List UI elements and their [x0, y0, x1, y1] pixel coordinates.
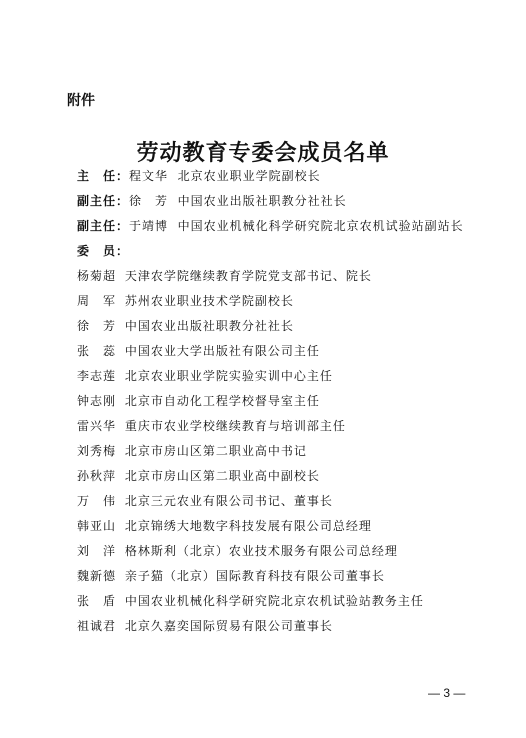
member-row: 万 伟 北京三元农业有限公司书记、董事长 — [77, 491, 333, 511]
member-row: 徐 芳 中国农业出版社职教分社社长 — [77, 316, 294, 336]
role-label: 副主任： — [77, 219, 129, 233]
member-name: 李志莲 — [77, 366, 120, 386]
member-name: 张 蕊 — [77, 341, 120, 361]
member-row: 刘 洋 格林斯利（北京）农业技术服务有限公司总经理 — [77, 541, 398, 561]
member-name: 刘 洋 — [77, 541, 120, 561]
leader-row: 主 任：程文华 北京农业职业学院副校长 — [77, 166, 321, 186]
member-position: 北京久嘉奕国际贸易有限公司董事长 — [125, 619, 333, 633]
member-name: 孙秋萍 — [77, 466, 120, 486]
member-row: 韩亚山 北京锦绣大地数字科技发展有限公司总经理 — [77, 516, 372, 536]
member-position: 格林斯利（北京）农业技术服务有限公司总经理 — [125, 544, 398, 558]
leader-name: 程文华 — [129, 169, 168, 183]
member-position: 中国农业大学出版社有限公司主任 — [125, 344, 320, 358]
members-heading: 委 员： — [77, 241, 129, 261]
leader-name: 于靖博 — [129, 219, 168, 233]
leader-position: 中国农业出版社职教分社社长 — [178, 194, 347, 208]
role-label: 副主任： — [77, 194, 129, 208]
member-row: 魏新德 亲子猫（北京）国际教育科技有限公司董事长 — [77, 566, 385, 586]
member-name: 张 盾 — [77, 591, 120, 611]
attachment-label: 附件 — [67, 90, 95, 110]
leader-row: 副主任：于靖博 中国农业机械化科学研究院北京农机试验站副站长 — [77, 216, 464, 236]
document-title: 劳动教育专委会成员名单 — [0, 136, 526, 167]
leader-position: 北京农业职业学院副校长 — [178, 169, 321, 183]
member-position: 北京市房山区第二职业高中书记 — [125, 444, 307, 458]
member-name: 杨菊超 — [77, 266, 120, 286]
member-row: 周 军 苏州农业职业技术学院副校长 — [77, 291, 294, 311]
member-position: 苏州农业职业技术学院副校长 — [125, 294, 294, 308]
member-name: 刘秀梅 — [77, 441, 120, 461]
member-position: 中国农业机械化科学研究院北京农机试验站教务主任 — [125, 594, 424, 608]
member-row: 孙秋萍 北京市房山区第二职业高中副校长 — [77, 466, 320, 486]
member-row: 刘秀梅 北京市房山区第二职业高中书记 — [77, 441, 307, 461]
member-position: 北京市房山区第二职业高中副校长 — [125, 469, 320, 483]
role-label: 主 任： — [77, 169, 129, 183]
member-position: 亲子猫（北京）国际教育科技有限公司董事长 — [125, 569, 385, 583]
leader-row: 副主任：徐 芳 中国农业出版社职教分社社长 — [77, 191, 347, 211]
members-label: 委 员： — [77, 244, 129, 258]
member-row: 李志莲 北京农业职业学院实验实训中心主任 — [77, 366, 333, 386]
member-position: 北京农业职业学院实验实训中心主任 — [125, 369, 333, 383]
member-row: 雷兴华 重庆市农业学校继续教育与培训部主任 — [77, 416, 346, 436]
member-name: 万 伟 — [77, 491, 120, 511]
member-name: 徐 芳 — [77, 316, 120, 336]
member-name: 雷兴华 — [77, 416, 120, 436]
member-position: 北京锦绣大地数字科技发展有限公司总经理 — [125, 519, 372, 533]
member-position: 天津农学院继续教育学院党支部书记、院长 — [125, 269, 372, 283]
member-name: 周 军 — [77, 291, 120, 311]
member-name: 祖诚君 — [77, 616, 120, 636]
member-position: 北京三元农业有限公司书记、董事长 — [125, 494, 333, 508]
member-row: 钟志刚 北京市自动化工程学校督导室主任 — [77, 391, 320, 411]
leader-name: 徐 芳 — [129, 194, 168, 208]
member-row: 张 盾 中国农业机械化科学研究院北京农机试验站教务主任 — [77, 591, 424, 611]
page-number: — 3 — — [428, 686, 465, 700]
member-row: 张 蕊 中国农业大学出版社有限公司主任 — [77, 341, 320, 361]
member-name: 钟志刚 — [77, 391, 120, 411]
member-row: 祖诚君 北京久嘉奕国际贸易有限公司董事长 — [77, 616, 333, 636]
member-position: 中国农业出版社职教分社社长 — [125, 319, 294, 333]
member-position: 北京市自动化工程学校督导室主任 — [125, 394, 320, 408]
member-name: 魏新德 — [77, 566, 120, 586]
member-row: 杨菊超 天津农学院继续教育学院党支部书记、院长 — [77, 266, 372, 286]
leader-position: 中国农业机械化科学研究院北京农机试验站副站长 — [178, 219, 464, 233]
member-position: 重庆市农业学校继续教育与培训部主任 — [125, 419, 346, 433]
member-name: 韩亚山 — [77, 516, 120, 536]
